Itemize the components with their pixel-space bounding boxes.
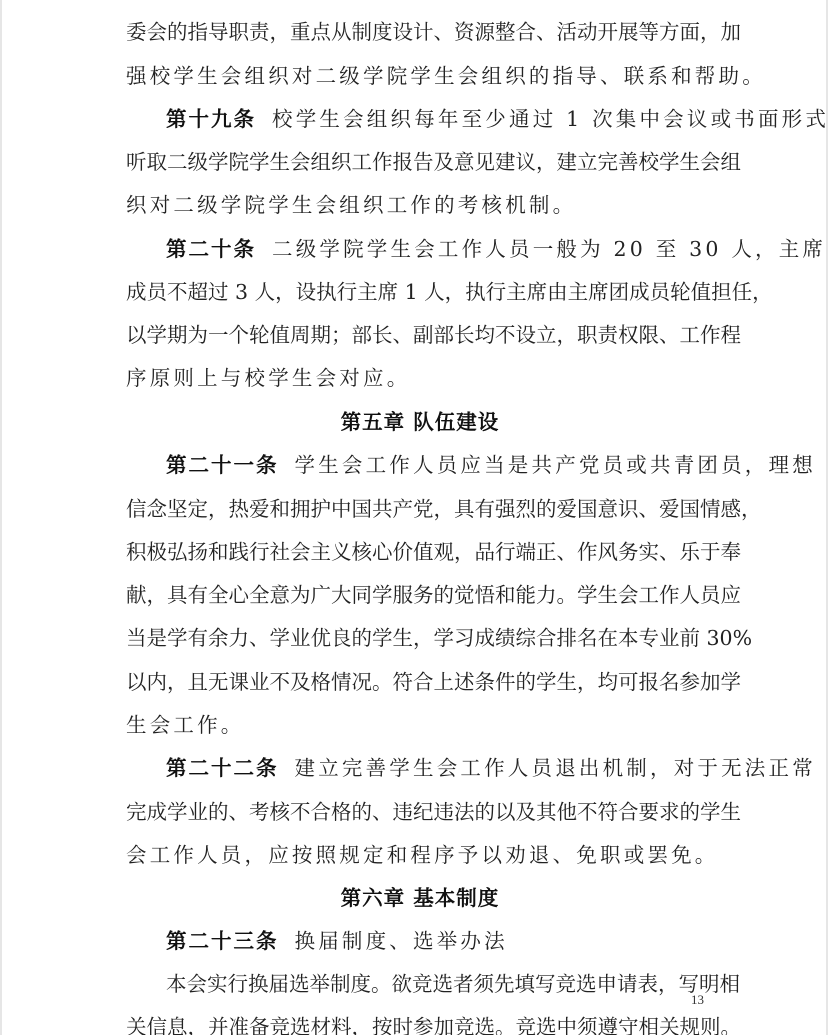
article-21: 第二十一条学生会工作人员应当是共产党员或共青团员，理想 [166,453,706,477]
text-line: 信念坚定，热爱和拥护中国共产党，具有强烈的爱国意识、爱国情感， [126,497,706,521]
article-text: 校学生会组织每年至少通过 1 次集中会议或书面形式 [272,107,828,131]
chapter-heading-5: 第五章 队伍建设 [2,410,828,434]
text-line: 成员不超过 3 人，设执行主席 1 人，执行主席由主席团成员轮值担任， [126,280,706,304]
text-line: 关信息，并准备竞选材料，按时参加竞选。竞选中须遵守相关规则。 [126,1015,706,1035]
text-line: 以学期为一个轮值周期；部长、副部长均不设立，职责权限、工作程 [126,323,706,347]
article-text: 换届制度、选举办法 [295,929,508,953]
article-20: 第二十条二级学院学生会工作人员一般为 20 至 30 人，主席团 [166,237,706,261]
chapter-heading-6: 第六章 基本制度 [2,886,828,910]
text-line: 献，具有全心全意为广大同学服务的觉悟和能力。学生会工作人员应 [126,583,706,607]
text-line: 会工作人员，应按照规定和程序予以劝退、免职或罢免。 [126,843,706,867]
text-line: 完成学业的、考核不合格的、违纪违法的以及其他不符合要求的学生 [126,800,706,824]
text-line: 序原则上与校学生会对应。 [126,366,706,390]
article-heading: 第二十三条 [166,929,279,953]
text-line: 听取二级学院学生会组织工作报告及意见建议，建立完善校学生会组 [126,150,706,174]
article-heading: 第二十一条 [166,453,279,477]
article-heading: 第二十条 [166,237,256,261]
article-text: 二级学院学生会工作人员一般为 20 至 30 人，主席团 [272,237,828,261]
text-line: 生会工作。 [126,713,706,737]
text-line: 强校学生会组织对二级学院学生会组织的指导、联系和帮助。 [126,64,706,88]
article-heading: 第二十二条 [166,756,279,780]
article-heading: 第十九条 [166,107,256,131]
text-line: 织对二级学院学生会组织工作的考核机制。 [126,193,706,217]
article-22: 第二十二条建立完善学生会工作人员退出机制，对于无法正常 [166,756,706,780]
text-line: 委会的指导职责，重点从制度设计、资源整合、活动开展等方面，加 [126,20,706,44]
article-text: 建立完善学生会工作人员退出机制，对于无法正常 [295,756,816,780]
text-line: 当是学有余力、学业优良的学生，学习成绩综合排名在本专业前 30% [126,626,706,650]
article-19: 第十九条校学生会组织每年至少通过 1 次集中会议或书面形式 [166,107,706,131]
text-line: 积极弘扬和践行社会主义核心价值观，品行端正、作风务实、乐于奉 [126,540,706,564]
document-page: 委会的指导职责，重点从制度设计、资源整合、活动开展等方面，加 强校学生会组织对二… [0,0,828,1035]
text-line: 以内，且无课业不及格情况。符合上述条件的学生，均可报名参加学 [126,670,706,694]
page-number: 13 [691,992,704,1008]
text-line: 本会实行换届选举制度。欲竞选者须先填写竞选申请表，写明相 [166,972,706,996]
article-23: 第二十三条换届制度、选举办法 [166,929,706,953]
article-text: 学生会工作人员应当是共产党员或共青团员，理想 [295,453,816,477]
